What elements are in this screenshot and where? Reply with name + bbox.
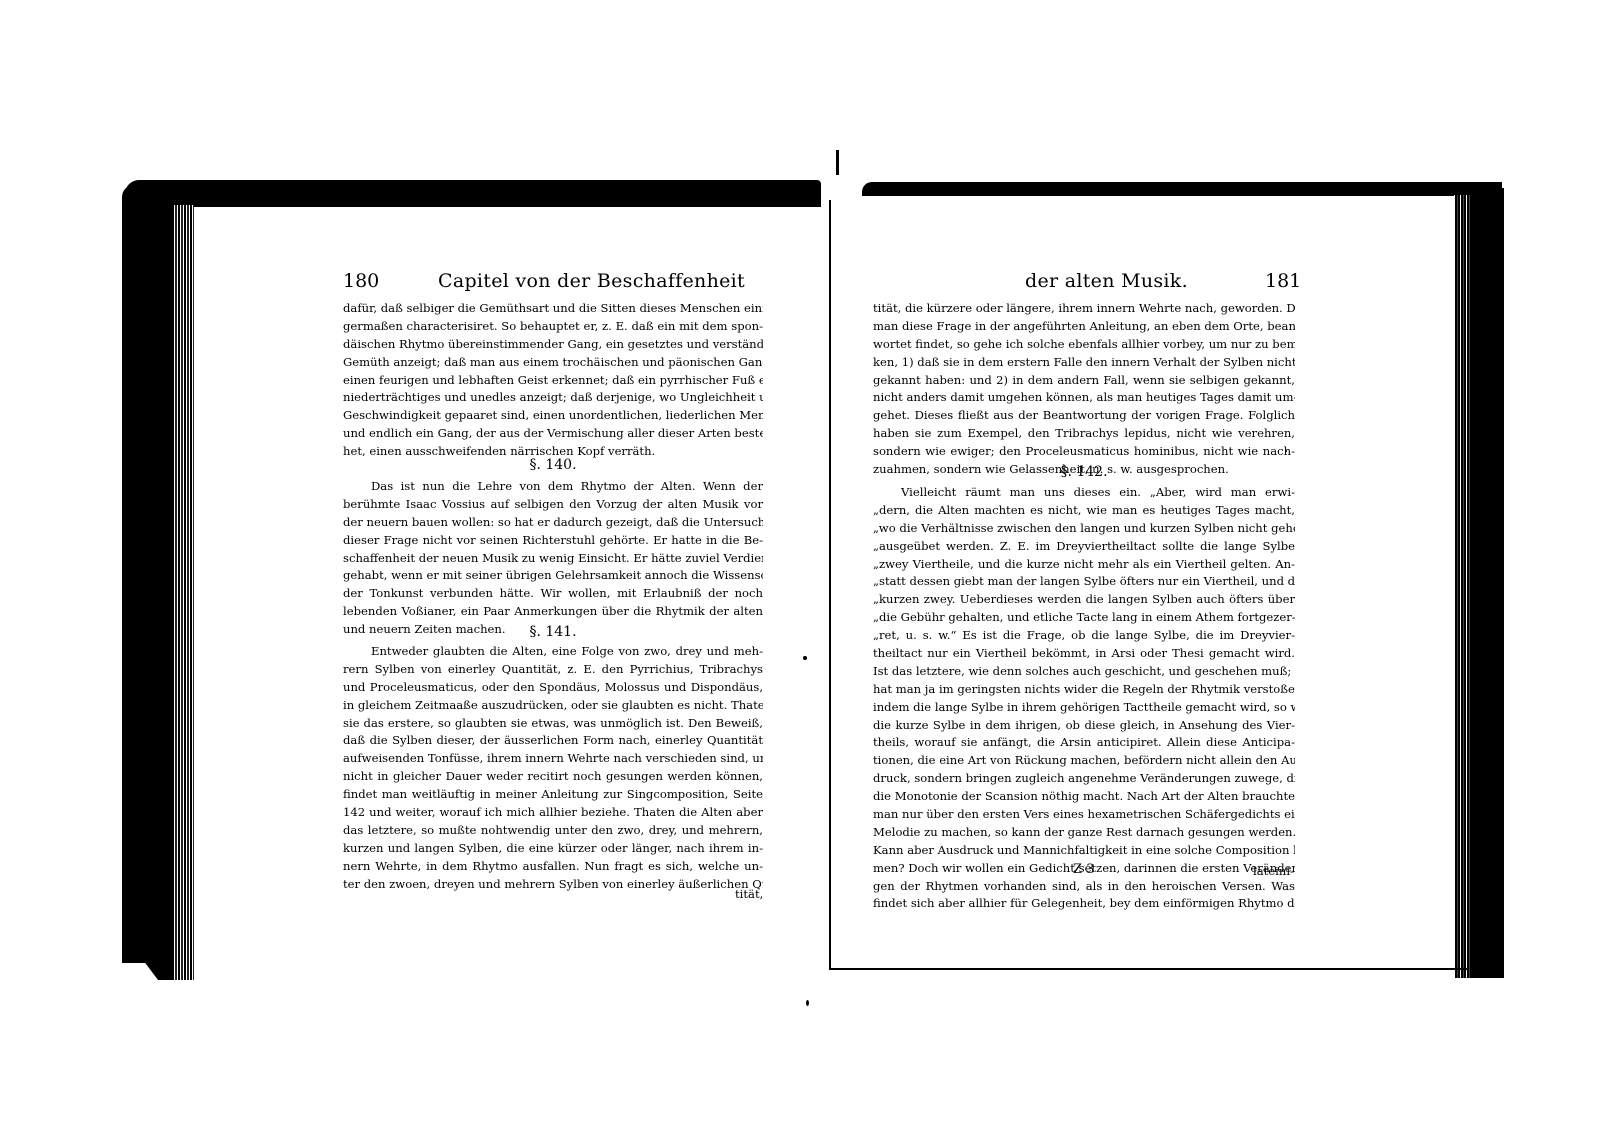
text-line: und endlich ein Gang, der aus der Vermis… [343,425,763,443]
text-line: berühmte Isaac Vossius auf selbigen den … [343,496,763,514]
gutter-mark [836,150,839,175]
text-line: findet man weitläuftig in meiner Anleitu… [343,786,763,804]
scan-speck [1285,450,1287,452]
text-line: „die Gebühr gehalten, und etliche Tacte … [873,609,1295,627]
left-page-shadow-top [125,180,821,207]
text-line: druck, sondern bringen zugleich angenehm… [873,770,1295,788]
text-line: „ret, u. s. w.“ Es ist die Frage, ob die… [873,627,1295,645]
text-line: aufweisenden Tonfüsse, ihrem innern Wehr… [343,750,763,768]
signature-mark: Z 3 [1073,862,1094,877]
text-line: man nur über den ersten Vers eines hexam… [873,806,1295,824]
text-line: daß die Sylben dieser, der äusserlichen … [343,732,763,750]
text-line: in gleichem Zeitmaaße auszudrücken, oder… [343,697,763,715]
right-page-number: 181 [1265,270,1301,292]
left-page-stack-edges [172,205,194,980]
text-line: nern Wehrte, in dem Rhytmo ausfallen. Nu… [343,858,763,876]
text-line: indem die lange Sylbe in ihrem gehörigen… [873,699,1295,717]
text-line: 142 und weiter, worauf ich mich allhier … [343,804,763,822]
text-line: nicht anders damit umgehen können, als m… [873,389,1295,407]
text-line: findet sich aber allhier für Gelegenheit… [873,895,1295,913]
text-line: „dern, die Alten machten es nicht, wie m… [873,502,1295,520]
left-book-cover-edge [122,185,174,963]
text-line: gehet. Dieses fließt aus der Beantwortun… [873,407,1295,425]
text-line: wortet findet, so gehe ich solche ebenfa… [873,336,1295,354]
right-page-stack-edges [1454,195,1472,978]
text-line: Entweder glaubten die Alten, eine Folge … [343,643,763,661]
text-line: tität, die kürzere oder längere, ihrem i… [873,300,1295,318]
section-142-body: Vielleicht räumt man uns dieses ein. „Ab… [873,484,1295,913]
text-line: tionen, die eine Art von Rückung machen,… [873,752,1295,770]
section-141-body: Entweder glaubten die Alten, eine Folge … [343,643,763,893]
text-line: theiltact nur ein Viertheil bekömmt, in … [873,645,1295,663]
text-line: der neuern bauen wollen: so hat er dadur… [343,514,763,532]
left-catchword: tität, [735,887,763,901]
right-page-bottom-edge [829,968,1469,970]
text-line: gehabt, wenn er mit seiner übrigen Geleh… [343,567,763,585]
text-line: „zwey Viertheile, und die kurze nicht me… [873,556,1295,574]
text-line: Kann aber Ausdruck und Mannichfaltigkeit… [873,842,1295,860]
text-line: das letztere, so mußte nohtwendig unter … [343,822,763,840]
text-line: nicht in gleicher Dauer weder recitirt n… [343,768,763,786]
text-line: „statt dessen giebt man der langen Sylbe… [873,573,1295,591]
text-line: Melodie zu machen, so kann der ganze Res… [873,824,1295,842]
scan-speck [803,656,807,660]
text-line: „ausgeübet werden. Z. E. im Dreyvierthei… [873,538,1295,556]
text-line: dafür, daß selbiger die Gemüthsart und d… [343,300,763,318]
text-line: Vielleicht räumt man uns dieses ein. „Ab… [873,484,1295,502]
text-line: und Proceleusmaticus, oder den Spondäus,… [343,679,763,697]
section-heading-140: §. 140. [343,457,763,473]
text-line: schaffenheit der neuen Musik zu wenig Ei… [343,550,763,568]
section-heading-141: §. 141. [343,624,763,640]
text-line: die Monotonie der Scansion nöthig macht.… [873,788,1295,806]
text-line: germaßen characterisiret. So behauptet e… [343,318,763,336]
text-line: däischen Rhytmo übereinstimmender Gang, … [343,336,763,354]
text-line: gen der Rhytmen vorhanden sind, als in d… [873,878,1295,896]
right-paragraph-1: tität, die kürzere oder längere, ihrem i… [873,300,1295,479]
text-line: Gemüth anzeigt; daß man aus einem trochä… [343,354,763,372]
text-line: theils, worauf sie anfängt, die Arsin an… [873,734,1295,752]
text-line: niederträchtiges und unedles anzeigt; da… [343,389,763,407]
text-line: „kurzen zwey. Ueberdieses werden die lan… [873,591,1295,609]
text-line: Das ist nun die Lehre von dem Rhytmo der… [343,478,763,496]
right-book-cover-edge [1470,188,1504,978]
text-line: dieser Frage nicht vor seinen Richterstu… [343,532,763,550]
section-heading-142: §. 142. [873,464,1295,480]
text-line: ken, 1) daß sie in dem erstern Falle den… [873,354,1295,372]
left-page-number: 180 [343,270,379,292]
text-line: ter den zwoen, dreyen und mehrern Sylben… [343,876,763,894]
text-line: Geschwindigkeit gepaaret sind, einen uno… [343,407,763,425]
text-line: hat man ja im geringsten nichts wider di… [873,681,1295,699]
text-line: einen feurigen und lebhaften Geist erken… [343,372,763,390]
text-line: sondern wie ewiger; den Proceleusmaticus… [873,443,1295,461]
right-catchword: lateini- [1253,864,1294,878]
text-line: man diese Frage in der angeführten Anlei… [873,318,1295,336]
section-140-body: Das ist nun die Lehre von dem Rhytmo der… [343,478,763,639]
text-line: die kurze Sylbe in dem ihrigen, ob diese… [873,717,1295,735]
left-running-head: Capitel von der Beschaffenheit [438,270,745,292]
text-line: der Tonkunst verbunden hätte. Wir wollen… [343,585,763,603]
right-running-head: der alten Musik. [1025,270,1188,292]
right-page-shadow-top [862,182,1502,196]
text-line: kurzen und langen Sylben, die eine kürze… [343,840,763,858]
text-line: gekannt haben: und 2) in dem andern Fall… [873,372,1295,390]
left-paragraph-1: dafür, daß selbiger die Gemüthsart und d… [343,300,763,461]
text-line: lebenden Voßianer, ein Paar Anmerkungen … [343,603,763,621]
text-line: sie das erstere, so glaubten sie etwas, … [343,715,763,733]
text-line: Ist das letztere, wie denn solches auch … [873,663,1295,681]
scan-speck [806,1000,809,1006]
gutter-fold-line [829,200,831,970]
text-line: „wo die Verhältnisse zwischen den langen… [873,520,1295,538]
text-line: haben sie zum Exempel, den Tribrachys le… [873,425,1295,443]
text-line: rern Sylben von einerley Quantität, z. E… [343,661,763,679]
